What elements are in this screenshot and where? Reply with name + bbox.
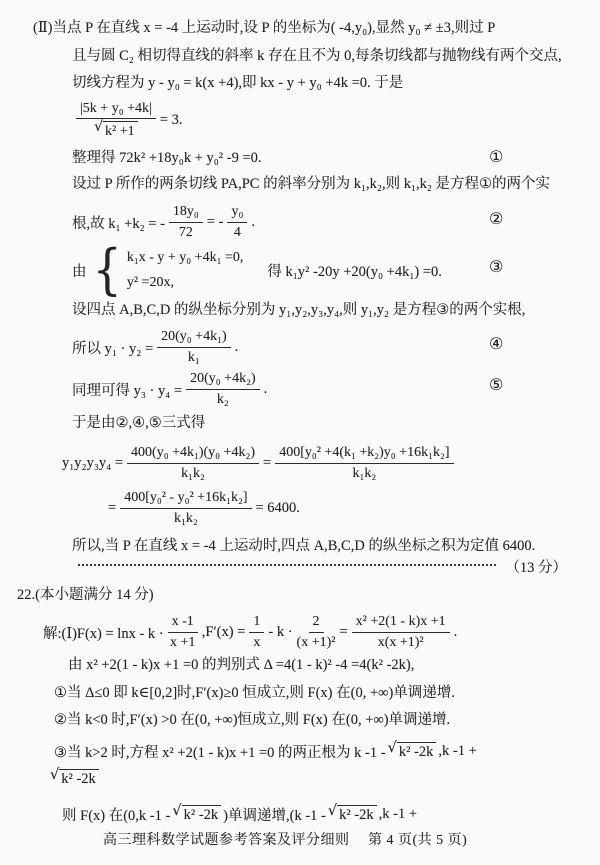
numerator: y₀ [227, 203, 247, 222]
text: 所以,当 P 在直线 x = -4 上运动时,四点 A,B,C,D 的纵坐标之积… [72, 534, 535, 555]
line-p2-intro: (Ⅱ)当点 P 在直线 x = -4 上运动时,设 P 的坐标为( -4,y₀)… [33, 16, 495, 37]
dotted-leader [78, 563, 496, 566]
text: ③当 k>2 时,方程 x² +2(1 - k)x +1 =0 的两正根为 k … [54, 741, 386, 762]
fraction: y₀ 4 [227, 203, 247, 240]
sqrt: √ k² -2k [388, 742, 437, 761]
denominator: k₁ [188, 348, 200, 366]
eq-product-expand: y₁y₂y₃y₄ = 400(y₀ +4k₁)(y₀ +4k₂) k₁k₂ = … [62, 438, 458, 488]
text: 则 F(x) 在(0,k -1 - [62, 804, 170, 825]
fraction: 20(y₀ +4k₂) k₂ [186, 370, 259, 407]
fraction: 20(y₀ +4k₁) k₁ [157, 328, 230, 365]
text: . [251, 214, 255, 231]
numerator: 400(y₀ +4k₁)(y₀ +4k₂) [127, 444, 259, 463]
fraction: 1 x [249, 613, 264, 650]
text: 得 k₁y² -20y +20(y₀ +4k₁) =0. [267, 260, 442, 281]
denominator: k₁k₂ [352, 464, 376, 482]
numerator: 400[y₀² +4(k₁ +k₂)y₀ +16k₁k₂] [275, 444, 453, 463]
text: 由 [72, 260, 87, 281]
text: 解:(Ⅰ)F(x) = lnx - k · [43, 622, 164, 643]
text: . [264, 381, 268, 398]
numerator: 18y₀ [169, 203, 203, 222]
text: ①当 Δ≤0 即 k∈[0,2]时,F′(x)≥0 恒成立,则 F(x) 在(0… [54, 681, 455, 702]
fraction-distance: |5k + y₀ +4k| √ k² +1 [76, 100, 156, 140]
eq-product-value: = 400[y₀² - y₀² +16k₁k₂] k₁k₂ = 6400. [108, 483, 300, 533]
item-case3: ③当 k>2 时,方程 x² +2(1 - k)x +1 =0 的两正根为 k … [54, 736, 477, 766]
fraction: 400(y₀ +4k₁)(y₀ +4k₂) k₁k₂ [127, 444, 259, 481]
line-sqrt-carry: √ k² -2k [48, 763, 101, 793]
sqrt-body: k² +1 [103, 121, 138, 140]
text: 于是由②,④,⑤三式得 [72, 411, 205, 432]
text: = [339, 624, 347, 641]
text: = [263, 455, 271, 472]
text: ,F′(x) = [202, 624, 246, 641]
eq-F-derivative: 解:(Ⅰ)F(x) = lnx - k · x -1 x +1 ,F′(x) =… [43, 609, 457, 655]
numerator: |5k + y₀ +4k| [76, 100, 156, 119]
denominator: 72 [179, 223, 193, 241]
numerator: x² +2(1 - k)x +1 [352, 613, 450, 632]
sqrt-body: k² -2k [59, 769, 99, 788]
sqrt: √ k² +1 [94, 121, 138, 140]
line-slopes-def: 设过 P 所作的两条切线 PA,PC 的斜率分别为 k₁,k₂,则 k₁,k₂ … [72, 172, 550, 193]
radical-sign: √ [328, 804, 337, 819]
line-four-points: 设四点 A,B,C,D 的纵坐标分别为 y₁,y₂,y₃,y₄,则 y₁,y₂ … [72, 298, 525, 319]
sqrt-body: k² -2k [182, 805, 222, 824]
line-tangent-eq: 切线方程为 y - y₀ = k(x +4),即 kx - y + y₀ +4k… [72, 71, 403, 92]
text: . [235, 339, 239, 356]
fraction: 2 (x +1)² [297, 613, 336, 650]
problem-22-header: 22.(本小题满分 14 分) [17, 583, 154, 604]
numerator: 400[y₀² - y₀² +16k₁k₂] [120, 489, 251, 508]
circled-mark-5: ⑤ [489, 375, 503, 394]
eq-tangent-distance: |5k + y₀ +4k| √ k² +1 = 3. [72, 97, 182, 143]
radical-sign: √ [172, 804, 181, 819]
document-page: { "sym": { "radical": "√", "lbrace": "{"… [0, 0, 600, 865]
text: - k · [268, 624, 292, 641]
fraction: 400[y₀² - y₀² +16k₁k₂] k₁k₂ [120, 489, 251, 526]
denominator: k₂ [217, 390, 229, 408]
case-2: y² =20x, [127, 275, 244, 291]
circled-mark-3: ③ [489, 257, 503, 276]
text: ,k -1 + [438, 743, 476, 760]
numerator: 20(y₀ +4k₁) [157, 328, 230, 347]
sqrt: √ k² -2k [328, 805, 377, 824]
line-conclusion: 所以,当 P 在直线 x = -4 上运动时,四点 A,B,C,D 的纵坐标之积… [72, 534, 535, 555]
text: = [108, 500, 116, 517]
sqrt-body: k² -2k [337, 805, 377, 824]
fraction: 400[y₀² +4(k₁ +k₂)y₀ +16k₁k₂] k₁k₂ [275, 444, 453, 481]
denominator: x [253, 633, 260, 651]
fraction: x² +2(1 - k)x +1 x(x +1)² [352, 613, 450, 650]
sqrt: √ k² -2k [172, 805, 221, 824]
radical-sign: √ [94, 120, 103, 135]
eq-simplified: 整理得 72k² +18y₀k + y₀² -9 =0. [72, 146, 262, 167]
sqrt-body: k² -2k [397, 742, 437, 761]
text: 整理得 72k² +18y₀k + y₀² -9 =0. [72, 146, 262, 167]
score-label: （13 分） [505, 556, 567, 577]
denominator: (x +1)² [297, 633, 336, 651]
text: ,k -1 + [379, 806, 417, 823]
circled-mark-2: ② [489, 209, 503, 228]
sqrt: √ k² -2k [50, 769, 99, 788]
text: 切线方程为 y - y₀ = k(x +4),即 kx - y + y₀ +4k… [72, 71, 403, 92]
text: 设四点 A,B,C,D 的纵坐标分别为 y₁,y₂,y₃,y₄,则 y₁,y₂ … [72, 298, 525, 319]
text: ②当 k<0 时,F′(x) >0 在(0, +∞)恒成立,则 F(x) 在(0… [54, 708, 450, 729]
text: . [454, 624, 458, 641]
eq-y3y4: 同理可得 y₃ · y₄ = 20(y₀ +4k₂) k₂ . [72, 366, 267, 412]
text: 根,故 k₁ +k₂ = - [72, 212, 165, 233]
numerator: x -1 [168, 613, 198, 632]
radical-sign: √ [388, 741, 397, 756]
text: 由 x² +2(1 - k)x +1 =0 的判别式 Δ =4(1 - k)² … [68, 653, 414, 674]
dotted-leader-row: （13 分） [78, 556, 567, 577]
text: = 6400. [256, 500, 300, 517]
page-footer: 高三理科数学试题参考答案及评分细则 第 4 页(共 5 页) [103, 829, 467, 849]
text: )单调递增,(k -1 - [223, 804, 326, 825]
text: 且与圆 C₂ 相切得直线的斜率 k 存在且不为 0,每条切线都与抛物线有两个交点… [72, 44, 562, 65]
text: (Ⅱ)当点 P 在直线 x = -4 上运动时,设 P 的坐标为( -4,y₀)… [33, 16, 495, 37]
denominator: √ k² +1 [92, 119, 140, 140]
numerator: 1 [249, 613, 264, 632]
text: 设过 P 所作的两条切线 PA,PC 的斜率分别为 k₁,k₂,则 k₁,k₂ … [72, 172, 550, 193]
eq-y1y2: 所以 y₁ · y₂ = 20(y₀ +4k₁) k₁ . [72, 324, 238, 370]
text: y₁y₂y₃y₄ = [62, 455, 123, 472]
text: 所以 y₁ · y₂ = [72, 337, 153, 358]
denominator: k₁k₂ [181, 464, 205, 482]
radical-sign: √ [50, 768, 59, 783]
case-1: k₁x - y + y₀ +4k₁ =0, [127, 250, 244, 266]
denominator: x +1 [170, 633, 195, 651]
item-case2: ②当 k<0 时,F′(x) >0 在(0, +∞)恒成立,则 F(x) 在(0… [54, 708, 450, 729]
fraction: 18y₀ 72 [169, 203, 203, 240]
line-combine: 于是由②,④,⑤三式得 [72, 411, 205, 432]
left-brace: { [92, 245, 121, 295]
text: = 3. [160, 112, 183, 129]
denominator: k₁k₂ [174, 509, 198, 527]
circled-mark-4: ④ [489, 334, 503, 353]
denominator: x(x +1)² [378, 633, 424, 651]
text: 22.(本小题满分 14 分) [17, 583, 154, 604]
line-discriminant: 由 x² +2(1 - k)x +1 =0 的判别式 Δ =4(1 - k)² … [68, 653, 414, 674]
system-cases: k₁x - y + y₀ +4k₁ =0, y² =20x, [127, 250, 244, 291]
item-case1: ①当 Δ≤0 即 k∈[0,2]时,F′(x)≥0 恒成立,则 F(x) 在(0… [54, 681, 455, 702]
line-monotonic-intervals: 则 F(x) 在(0,k -1 - √ k² -2k )单调递增,(k -1 -… [62, 799, 417, 829]
text: = - [207, 214, 224, 231]
fraction: x -1 x +1 [168, 613, 198, 650]
line-p2-tangency: 且与圆 C₂ 相切得直线的斜率 k 存在且不为 0,每条切线都与抛物线有两个交点… [72, 44, 562, 65]
eq-system: 由 { k₁x - y + y₀ +4k₁ =0, y² =20x, 得 k₁y… [72, 242, 442, 298]
numerator: 20(y₀ +4k₂) [186, 370, 259, 389]
denominator: 4 [234, 223, 241, 241]
numerator: 2 [309, 613, 324, 632]
circled-mark-1: ① [489, 147, 503, 166]
text: 同理可得 y₃ · y₄ = [72, 379, 182, 400]
